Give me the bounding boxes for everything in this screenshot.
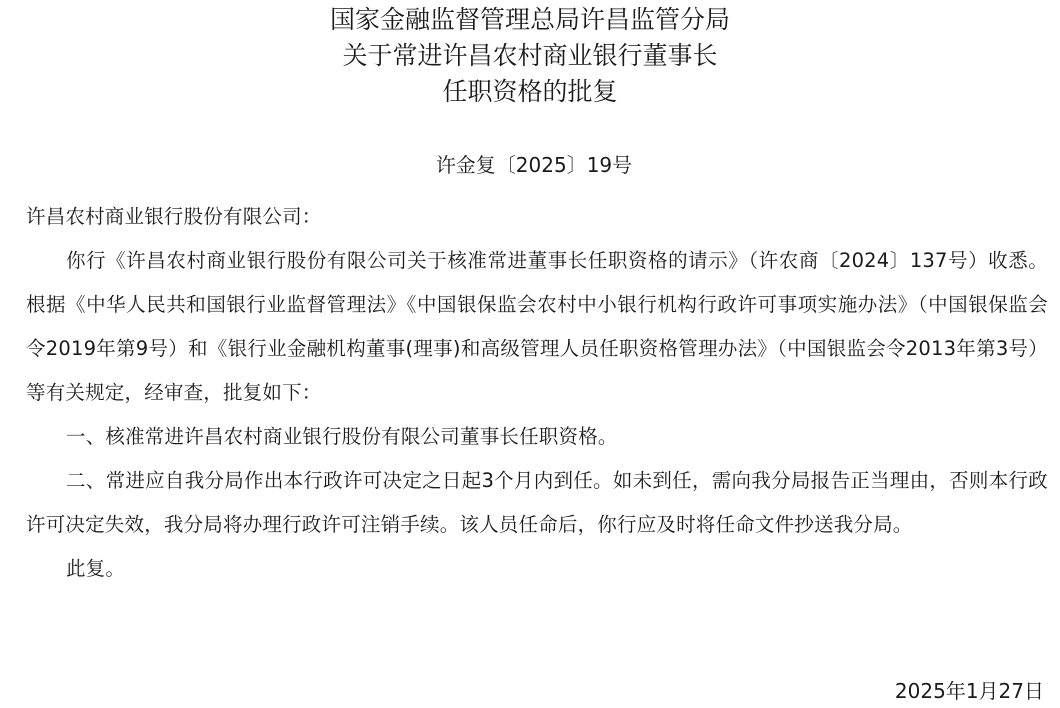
title-line-1: 国家金融监督管理总局许昌监管分局 (0, 2, 1060, 38)
title-line-3: 任职资格的批复 (0, 74, 1060, 110)
document-date: 2025年1月27日 (895, 676, 1044, 706)
paragraph-request: 你行《许昌农村商业银行股份有限公司关于核准常进董事长任职资格的请示》（许农商〔2… (26, 239, 1048, 415)
addressee: 许昌农村商业银行股份有限公司： (26, 195, 1048, 239)
document-number: 许金复〔2025〕19号 (0, 150, 1060, 180)
paragraph-closing: 此复。 (26, 547, 1048, 591)
document-title: 国家金融监督管理总局许昌监管分局 关于常进许昌农村商业银行董事长 任职资格的批复 (0, 2, 1060, 110)
title-line-2: 关于常进许昌农村商业银行董事长 (0, 38, 1060, 74)
paragraph-item-1: 一、核准常进许昌农村商业银行股份有限公司董事长任职资格。 (26, 415, 1048, 459)
paragraph-item-2: 二、常进应自我分局作出本行政许可决定之日起3个月内到任。如未到任，需向我分局报告… (26, 459, 1048, 547)
document-body: 许昌农村商业银行股份有限公司： 你行《许昌农村商业银行股份有限公司关于核准常进董… (26, 195, 1048, 591)
